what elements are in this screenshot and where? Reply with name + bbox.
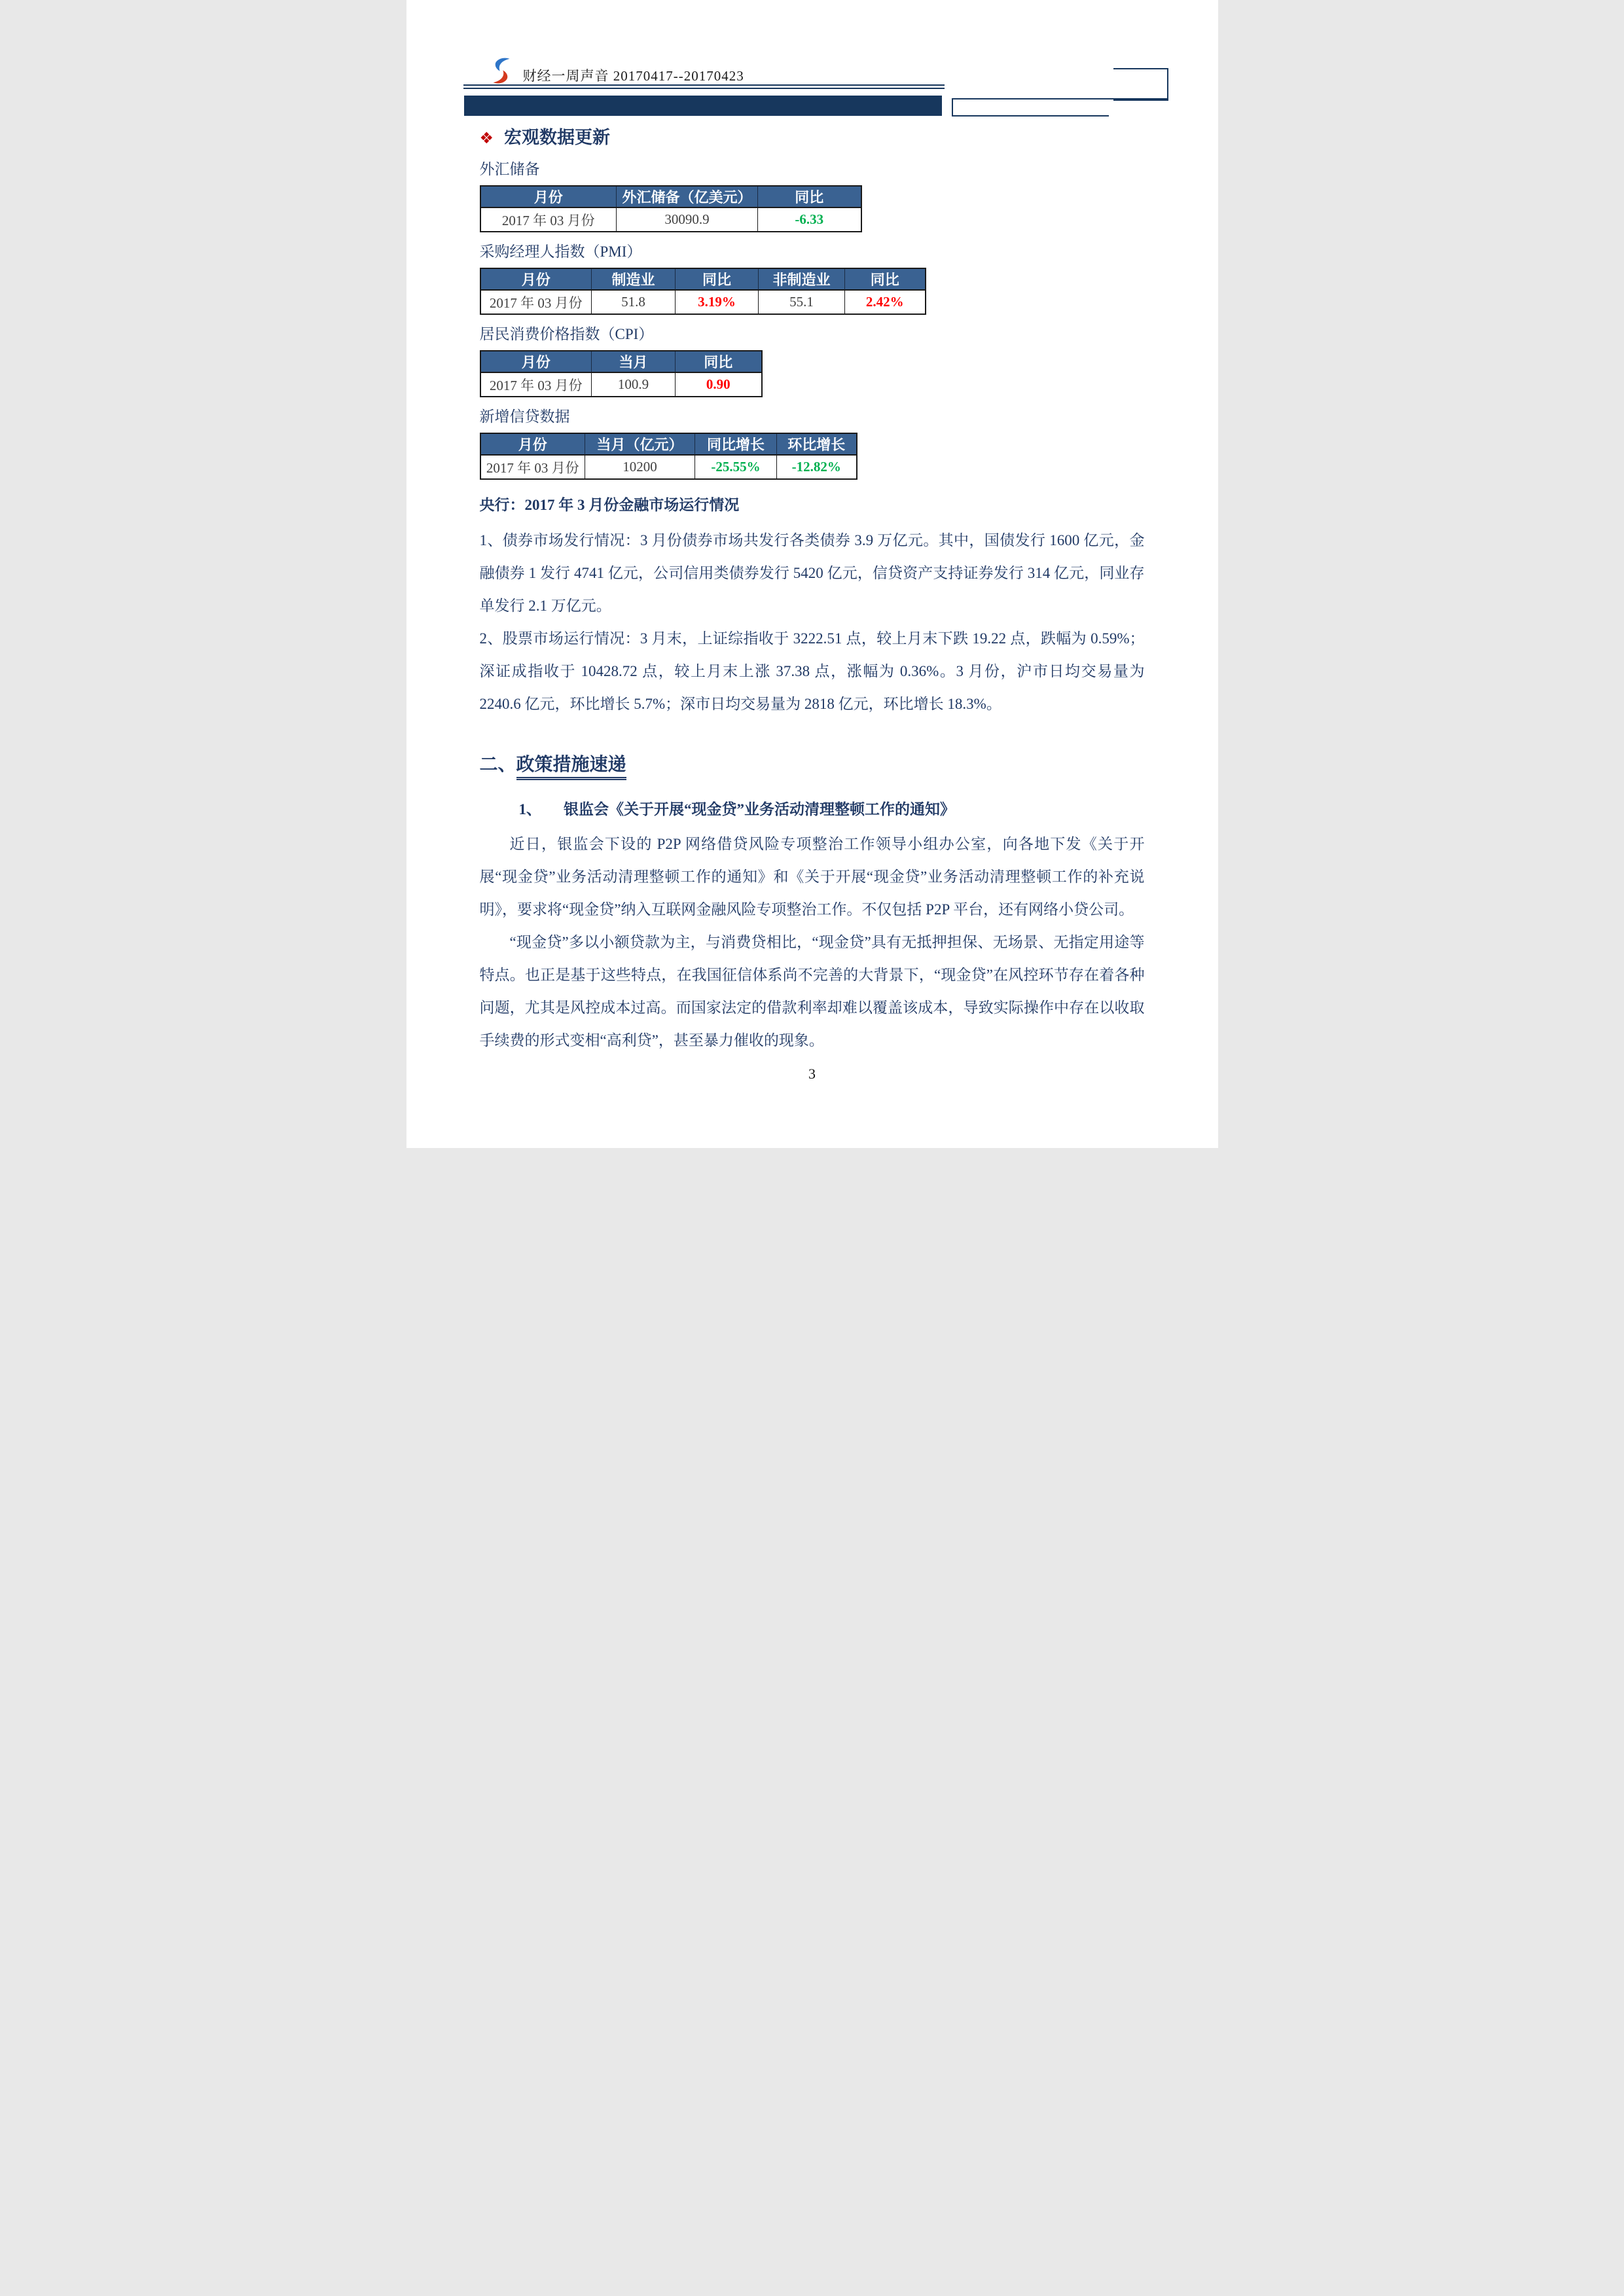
table-cell: 10200 <box>585 455 695 479</box>
table-cell: -12.82% <box>777 455 857 479</box>
table-row: 2017 年 03 月份51.83.19%55.12.42% <box>480 290 926 314</box>
section-macro-data-title: ❖宏观数据更新 <box>480 126 1145 150</box>
column-header: 非制造业 <box>759 268 845 290</box>
header-navy-bar <box>464 96 942 116</box>
table-cell: 2017 年 03 月份 <box>480 455 585 479</box>
table-block-credit: 新增信贷数据 月份当月（亿元）同比增长环比增长2017 年 03 月份10200… <box>480 407 1145 480</box>
column-header: 同比 <box>676 268 759 290</box>
column-header: 月份 <box>480 268 592 290</box>
column-header: 当月（亿元） <box>585 433 695 455</box>
column-header: 同比 <box>676 351 762 372</box>
header-frame-wide <box>952 98 1167 115</box>
pmi-table: 月份制造业同比非制造业同比2017 年 03 月份51.83.19%55.12.… <box>480 268 926 315</box>
header-double-rule <box>463 84 945 89</box>
table-header-row: 月份当月（亿元）同比增长环比增长 <box>480 433 857 455</box>
table-row: 2017 年 03 月份10200-25.55%-12.82% <box>480 455 857 479</box>
document-page: 财经一周声音 20170417--20170423 ❖宏观数据更新 外汇储备 月… <box>406 0 1218 1148</box>
table-cell: 30090.9 <box>617 207 758 232</box>
table-header-row: 月份制造业同比非制造业同比 <box>480 268 926 290</box>
column-header: 月份 <box>480 351 592 372</box>
column-header: 月份 <box>480 186 617 207</box>
column-header: 制造业 <box>592 268 676 290</box>
cpi-table: 月份当月同比2017 年 03 月份100.90.90 <box>480 350 763 397</box>
policy-item-1-number: 1、 <box>519 801 542 817</box>
header-frame-wide-bottom <box>952 115 1109 117</box>
policy-item-1-heading: 1、银监会《关于开展“现金贷”业务活动清理整顿工作的通知》 <box>480 798 1145 821</box>
table-block-forex: 外汇储备 月份外汇储备（亿美元）同比2017 年 03 月份30090.9-6.… <box>480 160 1145 232</box>
section-macro-data-label: 宏观数据更新 <box>504 128 610 147</box>
section-policy-number: 二、 <box>480 755 516 775</box>
table-cell: 3.19% <box>676 290 759 314</box>
column-header: 外汇储备（亿美元） <box>617 186 758 207</box>
table-block-cpi: 居民消费价格指数（CPI） 月份当月同比2017 年 03 月份100.90.9… <box>480 325 1145 397</box>
table-cell: 55.1 <box>759 290 845 314</box>
column-header: 同比 <box>758 186 861 207</box>
table-cell: -25.55% <box>695 455 777 479</box>
column-header: 月份 <box>480 433 585 455</box>
section-policy-label: 政策措施速递 <box>516 755 626 780</box>
table-cell: -6.33 <box>758 207 861 232</box>
page-content: ❖宏观数据更新 外汇储备 月份外汇储备（亿美元）同比2017 年 03 月份30… <box>480 126 1145 1057</box>
section-policy-title: 二、政策措施速递 <box>480 752 1145 778</box>
table-row: 2017 年 03 月份100.90.90 <box>480 372 762 397</box>
bond-market-paragraph: 1、债券市场发行情况：3 月份债券市场共发行各类债券 3.9 万亿元。其中，国债… <box>480 524 1145 622</box>
table-label-forex: 外汇储备 <box>480 160 1145 179</box>
report-title: 财经一周声音 20170417--20170423 <box>523 65 744 85</box>
page-number: 3 <box>406 1066 1218 1083</box>
table-cell: 2017 年 03 月份 <box>480 207 617 232</box>
brand-logo-icon <box>490 58 513 84</box>
table-cell: 51.8 <box>592 290 676 314</box>
diamond-bullet-icon: ❖ <box>480 129 494 147</box>
table-cell: 2017 年 03 月份 <box>480 372 592 397</box>
header-frame-small <box>1113 68 1168 101</box>
table-cell: 2.42% <box>845 290 926 314</box>
column-header: 同比 <box>845 268 926 290</box>
policy-paragraph-1: 近日，银监会下设的 P2P 网络借贷风险专项整治工作领导小组办公室，向各地下发《… <box>480 828 1145 926</box>
table-label-credit: 新增信贷数据 <box>480 407 1145 427</box>
stock-market-paragraph: 2、股票市场运行情况：3 月末，上证综指收于 3222.51 点，较上月末下跌 … <box>480 622 1145 721</box>
policy-paragraph-2: “现金贷”多以小额贷款为主，与消费贷相比，“现金贷”具有无抵押担保、无场景、无指… <box>480 926 1145 1057</box>
table-cell: 2017 年 03 月份 <box>480 290 592 314</box>
column-header: 当月 <box>592 351 676 372</box>
table-label-pmi: 采购经理人指数（PMI） <box>480 242 1145 262</box>
column-header: 同比增长 <box>695 433 777 455</box>
forex-reserve-table: 月份外汇储备（亿美元）同比2017 年 03 月份30090.9-6.33 <box>480 185 862 232</box>
table-header-row: 月份外汇储备（亿美元）同比 <box>480 186 861 207</box>
policy-item-1-title: 银监会《关于开展“现金贷”业务活动清理整顿工作的通知》 <box>564 801 955 817</box>
new-credit-table: 月份当月（亿元）同比增长环比增长2017 年 03 月份10200-25.55%… <box>480 433 857 480</box>
table-cell: 0.90 <box>676 372 762 397</box>
table-block-pmi: 采购经理人指数（PMI） 月份制造业同比非制造业同比2017 年 03 月份51… <box>480 242 1145 315</box>
table-cell: 100.9 <box>592 372 676 397</box>
column-header: 环比增长 <box>777 433 857 455</box>
central-bank-heading: 央行：2017 年 3 月份金融市场运行情况 <box>480 492 1145 519</box>
table-label-cpi: 居民消费价格指数（CPI） <box>480 325 1145 344</box>
table-header-row: 月份当月同比 <box>480 351 762 372</box>
table-row: 2017 年 03 月份30090.9-6.33 <box>480 207 861 232</box>
